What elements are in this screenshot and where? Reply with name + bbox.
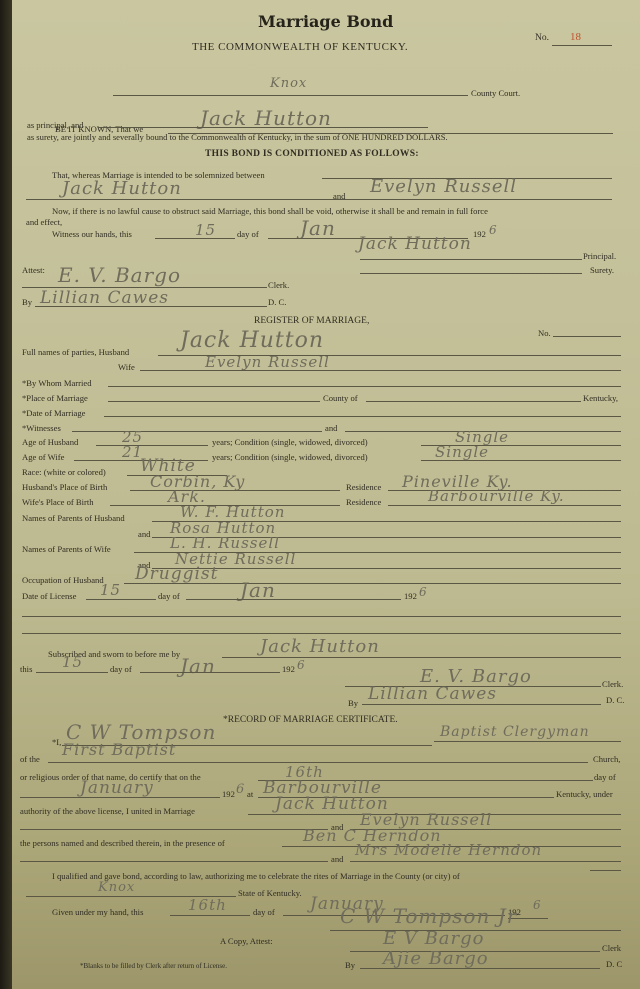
register-deputy-signature: Lillian Cawes (368, 686, 497, 703)
witness-year-prefix: 192 (473, 230, 486, 239)
and-effect-text: and effect, (26, 218, 62, 227)
copy-attest-label: A Copy, Attest: (220, 937, 273, 946)
witnesses-and-label: and (325, 424, 337, 433)
qualified-line (590, 870, 621, 871)
sworn-month: Jan (180, 656, 216, 676)
bond-bride-name: Evelyn Russell (370, 178, 517, 196)
certificate-deputy-line (360, 968, 600, 969)
officiant-signature: C W Tompson Jr (340, 906, 517, 926)
kentucky-under-label: Kentucky, under (556, 790, 613, 799)
wife-condition-line (421, 460, 621, 461)
given-day: 16th (188, 898, 227, 913)
given-label: Given under my hand, this (52, 908, 143, 917)
witness-day: 15 (195, 223, 216, 238)
license-year-suffix: 6 (419, 586, 428, 598)
presence-text: the persons named and described therein,… (20, 839, 225, 848)
license-label: Date of License (22, 592, 76, 601)
certificate-day-of-label: day of (594, 773, 616, 782)
witness-2: Mrs Modelle Herndon (355, 843, 542, 858)
given-day-line (170, 915, 250, 916)
certificate-month-line (20, 797, 220, 798)
license-month: Jan (240, 580, 276, 600)
register-heading: REGISTER OF MARRIAGE, (254, 317, 369, 327)
given-year-suffix: 6 (533, 899, 542, 911)
commonwealth-heading: THE COMMONWEALTH OF KENTUCKY. (192, 41, 408, 53)
surety-signature-line (360, 273, 582, 274)
church-label: Church, (593, 755, 620, 764)
wife-name: Evelyn Russell (205, 355, 330, 370)
witness-and-label: and (331, 855, 343, 864)
witnesses-line-1 (72, 431, 322, 432)
officiant-title-line (434, 741, 621, 742)
witness-2-line (350, 861, 621, 862)
deputy-signature: Lillian Cawes (40, 290, 169, 307)
clerk-label: Clerk. (268, 281, 289, 290)
years-condition-label-wife: years; Condition (single, widowed, divor… (212, 453, 368, 462)
document-title: Marriage Bond (258, 12, 393, 31)
husband-father: W. F. Hutton (180, 505, 285, 520)
certificate-year-prefix: 192 (222, 790, 235, 799)
occupation-line (124, 583, 621, 584)
as-principal-label: as principal, and (27, 121, 84, 130)
register-number-line (553, 336, 621, 337)
sworn-year-prefix: 192 (282, 665, 295, 674)
register-number-label: No. (538, 329, 551, 338)
state-label: State of Kentucky. (238, 889, 302, 898)
authority-text: authority of the above license, I united… (20, 807, 195, 816)
day-of-label: day of (237, 230, 259, 239)
license-month-line (186, 599, 401, 600)
subscribed-by: Jack Hutton (260, 638, 380, 656)
attest-label: Attest: (22, 266, 45, 275)
surety-name-line (98, 127, 428, 128)
certificate-dc-label: D. C (606, 960, 622, 969)
this-label: this (20, 665, 32, 674)
principal-label: Principal. (583, 252, 616, 261)
register-dc-label: D. C. (606, 696, 624, 705)
license-day: 15 (100, 583, 121, 598)
register-deputy-line (362, 704, 601, 705)
witnesses-label: *Witnesses (22, 424, 61, 433)
wife-birth-label: Wife's Place of Birth (22, 498, 94, 507)
deputy-line (35, 306, 267, 307)
place-line (108, 401, 320, 402)
attest-clerk: E. V. Bargo (58, 265, 181, 285)
certificate-bride-line-left (20, 829, 328, 830)
certificate-deputy-signature: Ajie Bargo (383, 950, 489, 968)
blank-line-1 (22, 616, 621, 617)
sworn-day-line (36, 672, 108, 673)
wife-mother-line (152, 568, 621, 569)
bond-groom-name: Jack Hutton (62, 180, 182, 198)
sworn-year-suffix: 6 (297, 659, 306, 671)
subscribed-line (222, 657, 621, 658)
certificate-by-label: By (345, 961, 355, 970)
license-day-of-label: day of (158, 592, 180, 601)
witness-day-line (155, 238, 235, 239)
date-line (104, 416, 621, 417)
by-label: By (22, 298, 32, 307)
bond-number-line (552, 45, 612, 46)
certificate-heading: *RECORD OF MARRIAGE CERTIFICATE. (223, 716, 398, 726)
county-of-line (366, 401, 581, 402)
officiant-name: C W Tompson (66, 722, 216, 742)
husband-birth-label: Husband's Place of Birth (22, 483, 107, 492)
register-clerk-label: Clerk. (602, 680, 623, 689)
bond-number-value: 18 (570, 32, 581, 43)
principal-name: Jack Hutton (200, 108, 332, 128)
sworn-day-of-label: day of (110, 665, 132, 674)
occupation-label: Occupation of Husband (22, 576, 104, 585)
wife-father: L. H. Russell (170, 536, 280, 551)
bond-number-label: No. (535, 34, 549, 44)
sworn-day: 15 (62, 655, 83, 670)
blank-line-2 (22, 633, 621, 634)
principal-signature: Jack Hutton (358, 236, 472, 253)
witness-month: Jan (300, 218, 336, 238)
officiant-title: Baptist Clergyman (440, 725, 590, 739)
date-label: *Date of Marriage (22, 409, 85, 418)
by-whom-line (108, 386, 621, 387)
county-value: Knox (270, 77, 307, 90)
place-label: *Place of Marriage (22, 394, 88, 403)
county-of-label: County of (323, 394, 358, 403)
sworn-month-line (140, 672, 280, 673)
wife-residence-line (388, 505, 621, 506)
conditioned-heading: THIS BOND IS CONDITIONED AS FOLLOWS: (205, 149, 419, 159)
by-whom-label: *By Whom Married (22, 379, 92, 388)
i-label: *I, (52, 738, 61, 747)
wife-condition: Single (435, 445, 489, 460)
certificate-county: Knox (98, 881, 135, 894)
license-day-line (86, 599, 156, 600)
certificate-year-suffix: 6 (236, 783, 245, 796)
witness-label: Witness our hands, this (52, 230, 132, 239)
principal-signature-line (360, 259, 582, 260)
county-court-label: County Court. (471, 89, 520, 98)
register-by-label: By (348, 699, 358, 708)
surety-label: Surety. (590, 266, 614, 275)
race-label: Race: (white or colored) (22, 468, 106, 477)
years-condition-label: years; Condition (single, widowed, divor… (212, 438, 368, 447)
witness-year-suffix: 6 (489, 224, 498, 236)
witness-2-line-left (20, 861, 328, 862)
given-day-of-label: day of (253, 908, 275, 917)
dc-label: D. C. (268, 298, 286, 307)
book-spine-shadow (0, 0, 12, 989)
age-husband-label: Age of Husband (22, 438, 78, 447)
husband-residence-label: Residence (346, 483, 381, 492)
husband-parents-and-label: and (138, 530, 150, 539)
husband-birth-line (130, 490, 340, 491)
wife-label: Wife (118, 363, 135, 372)
church-name: First Baptist (62, 742, 176, 758)
license-year-prefix: 192 (404, 592, 417, 601)
husband-name: Jack Hutton (180, 330, 324, 352)
of-the-label: of the (20, 755, 40, 764)
parents-husband-label: Names of Parents of Husband (22, 514, 125, 523)
certificate-month: January (80, 780, 154, 797)
age-wife-label: Age of Wife (22, 453, 64, 462)
parents-wife-label: Names of Parents of Wife (22, 545, 111, 554)
at-label: at (247, 790, 253, 799)
wife-residence: Barbourville Ky. (428, 489, 565, 504)
certificate-clerk-label: Clerk (602, 944, 621, 953)
wife-line (140, 370, 621, 371)
certificate-clerk-signature: E V Bargo (383, 930, 485, 948)
wife-residence-label: Residence (346, 498, 381, 507)
blanks-footnote: *Blanks to be filled by Clerk after retu… (80, 963, 227, 970)
full-names-label: Full names of parties, Husband (22, 348, 129, 357)
occupation-value: Druggist (135, 566, 218, 583)
now-if-text: Now, if there is no lawful cause to obst… (52, 207, 488, 216)
kentucky-label: Kentucky, (583, 394, 618, 403)
county-line (113, 95, 468, 96)
names-line (26, 199, 612, 200)
age-husband-line (96, 445, 208, 446)
surety-text: as surety, are jointly and severally bou… (27, 133, 448, 142)
